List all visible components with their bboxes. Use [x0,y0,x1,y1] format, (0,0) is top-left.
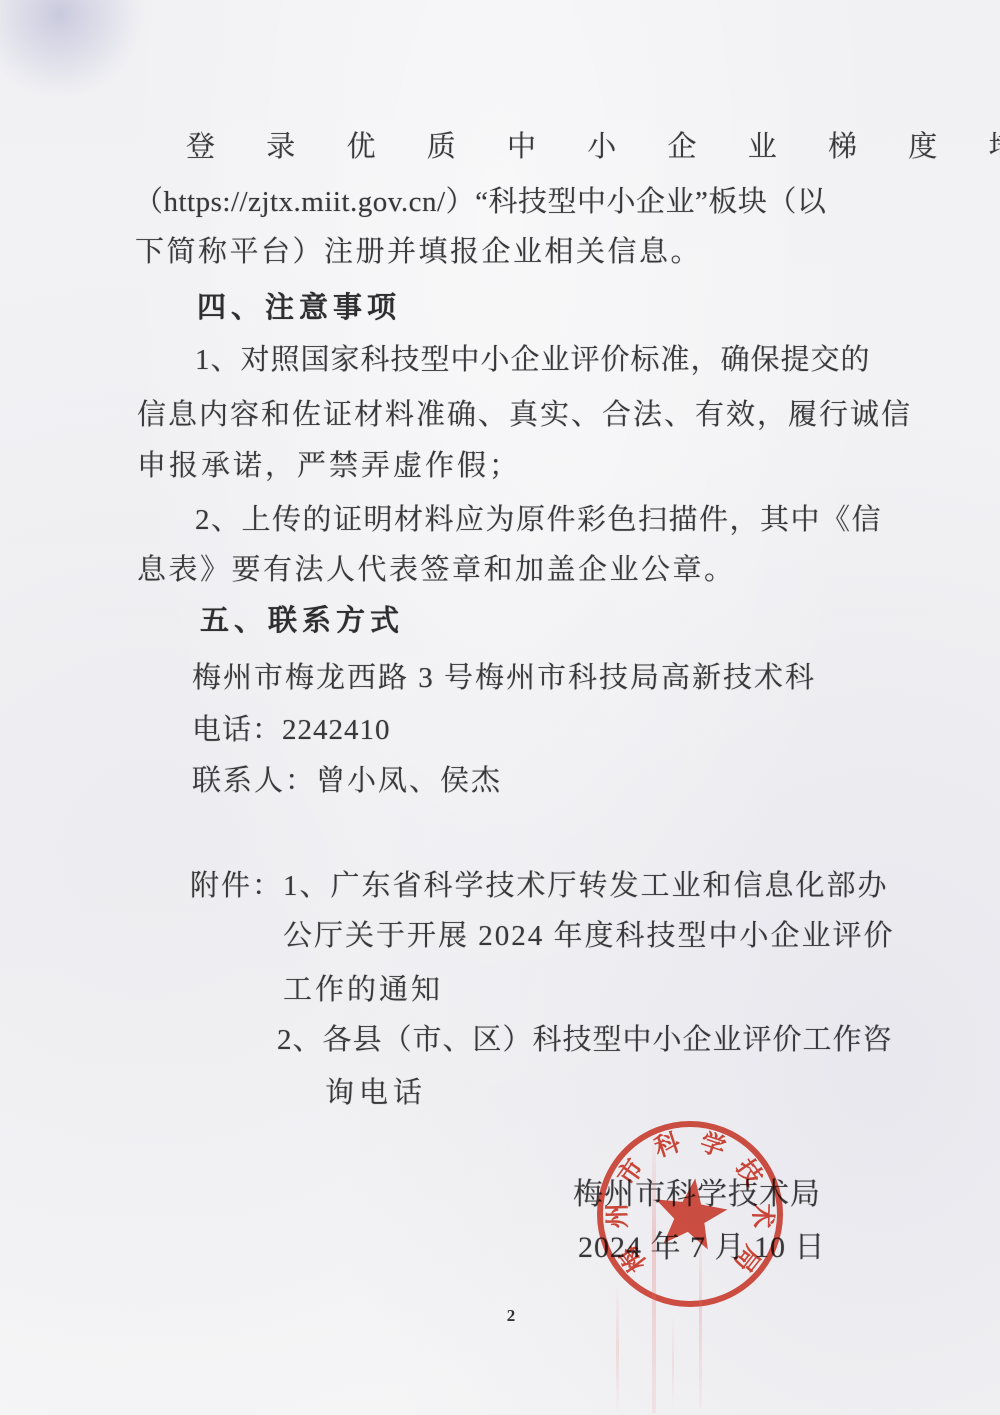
svg-text:州: 州 [604,1203,632,1229]
official-seal: 梅州市科学技术局 [590,1114,790,1314]
body-line: 信息内容和佐证材料准确、真实、合法、有效，履行诚信 [137,399,912,431]
ink-streak [672,1318,674,1410]
body-line: 下简称平台）注册并填报企业相关信息。 [135,236,702,268]
attachment-line: 公厅关于开展 2024 年度科技型中小企业评价 [283,920,895,952]
page-number: 2 [486,1306,536,1326]
body-line: 1、对照国家科技型中小企业评价标准，确保提交的 [195,344,871,376]
body-line-url: （https://zjtx.miit.gov.cn/）“科技型中小企业”板块（以 [134,186,826,218]
body-line: 息表》要有法人代表签章和加盖企业公章。 [137,554,736,586]
attachment-line: 2、各县（市、区）科技型中小企业评价工作咨 [277,1024,893,1056]
contact-phone-line: 电话：2242410 [192,714,391,746]
contact-person-line: 联系人：曾小凤、侯杰 [192,765,502,797]
body-line: 申报承诺，严禁弄虚作假； [137,450,521,482]
attachment-line: 询电话 [325,1077,427,1109]
attachment-line: 工作的通知 [283,974,443,1006]
svg-text:术: 术 [748,1202,777,1229]
body-line: 2、上传的证明材料应为原件彩色扫描件，其中《信 [195,504,882,536]
document-page: 登 录 优 质 中 小 企 业 梯 度 培 育 平 台 （https://zjt… [0,0,1000,1415]
section-heading-5: 五、联系方式 [200,605,404,637]
contact-address-line: 梅州市梅龙西路 3 号梅州市科技局高新技术科 [192,662,816,694]
attachment-line: 附件：1、广东省科学技术厅转发工业和信息化部办 [190,870,889,902]
section-heading-4: 四、注意事项 [197,292,401,324]
seal-star-icon [650,1173,731,1251]
body-line: 登 录 优 质 中 小 企 业 梯 度 培 育 平 台 [186,131,1000,163]
